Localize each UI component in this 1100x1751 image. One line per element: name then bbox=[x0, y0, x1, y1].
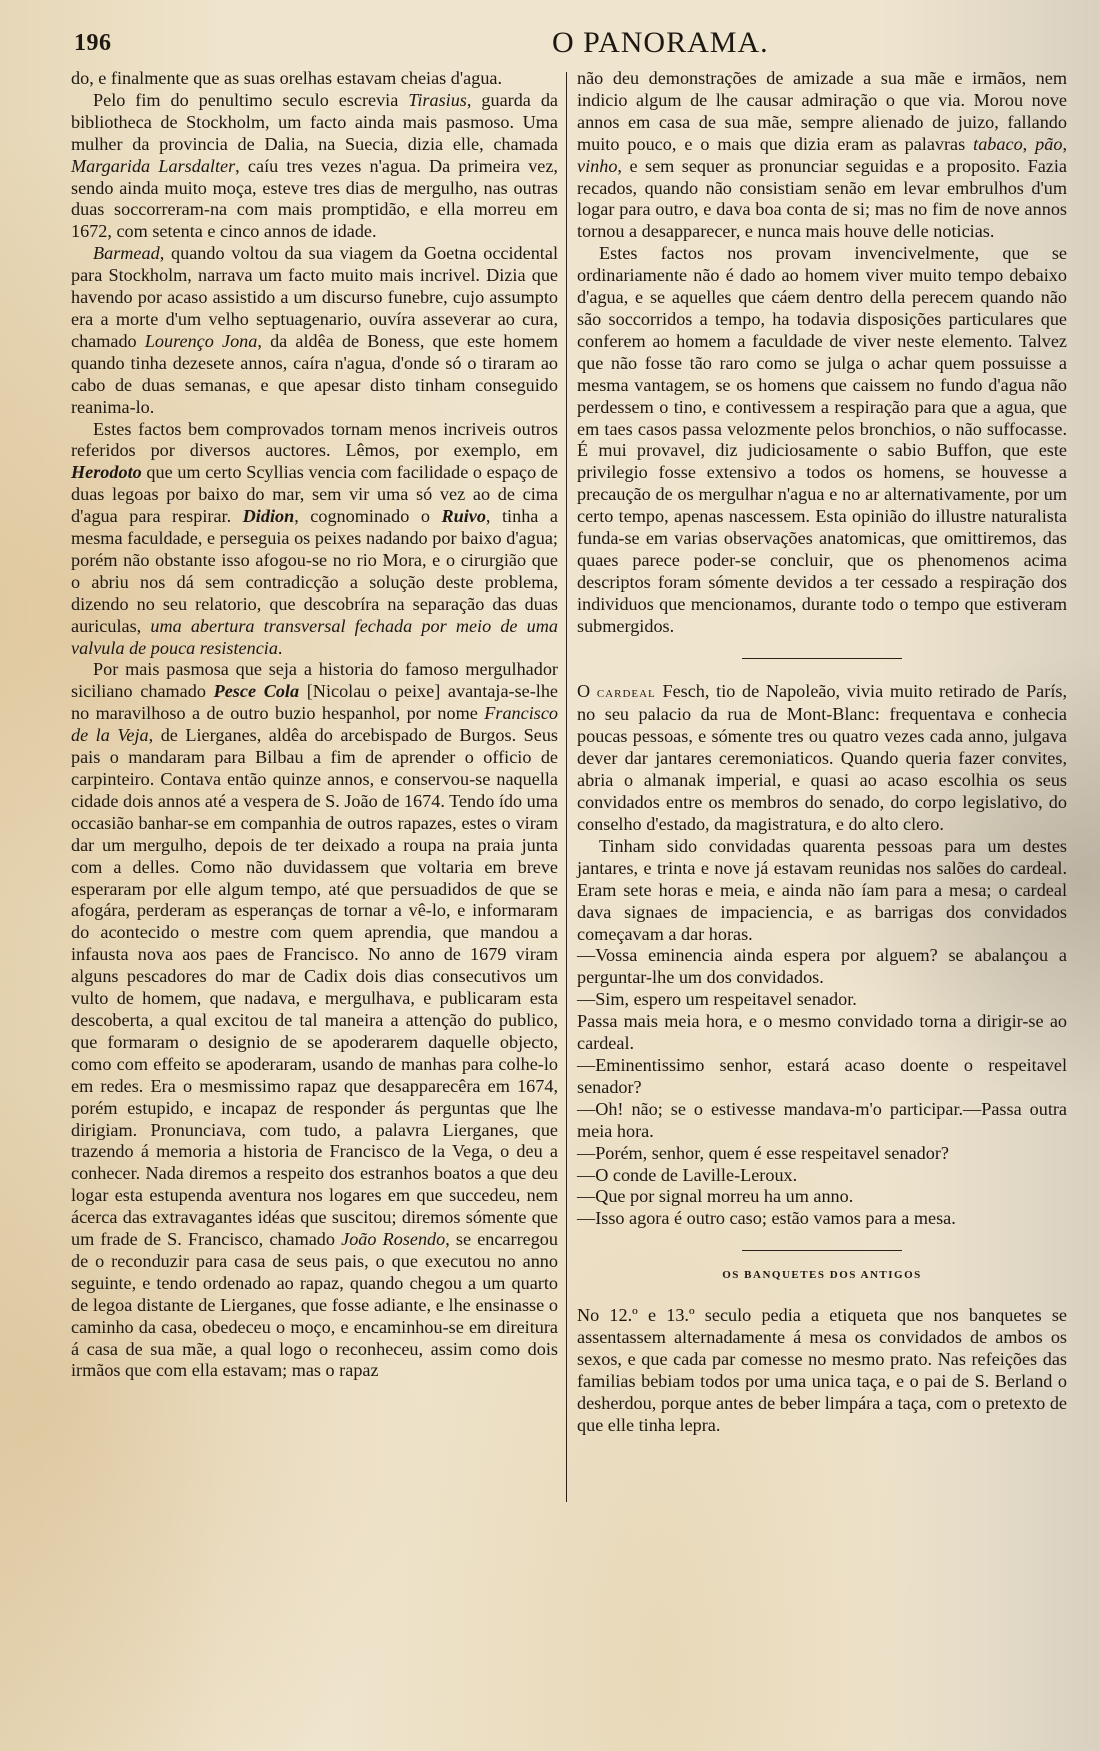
section-heading: OS BANQUETES DOS ANTIGOS bbox=[577, 1265, 1067, 1287]
page-header: 196 O PANORAMA. bbox=[72, 26, 684, 66]
dialogue-line: —Vossa eminencia ainda espera por alguem… bbox=[577, 945, 1067, 989]
dialogue-line: —Isso agora é outro caso; estão vamos pa… bbox=[577, 1208, 1067, 1230]
dialogue-line: —Porém, senhor, quem é esse respeitavel … bbox=[577, 1143, 1067, 1165]
paragraph: Pelo fim do penultimo seculo escrevia Ti… bbox=[71, 90, 558, 243]
paragraph: do, e finalmente que as suas orelhas est… bbox=[71, 68, 558, 90]
paragraph: Barmead, quando voltou da sua viagem da … bbox=[71, 243, 558, 418]
paragraph: Estes factos nos provam invencivelmente,… bbox=[577, 243, 1067, 637]
dialogue-line: —Oh! não; se o estivesse mandava-m'o par… bbox=[577, 1099, 1067, 1143]
left-column: do, e finalmente que as suas orelhas est… bbox=[71, 68, 558, 1382]
article-cardeal-fesch: O cardeal Fesch, tio de Napoleão, vivia … bbox=[577, 681, 1067, 836]
dialogue-line: —Sim, espero um respeitavel senador. bbox=[577, 989, 1067, 1011]
dialogue-line: —O conde de Laville-Leroux. bbox=[577, 1165, 1067, 1187]
paragraph: Tinham sido convidadas quarenta pessoas … bbox=[577, 836, 1067, 946]
right-column: não deu demonstrações de amizade a sua m… bbox=[577, 68, 1067, 1437]
publication-title: O PANORAMA. bbox=[72, 26, 684, 60]
paragraph: Por mais pasmosa que seja a historia do … bbox=[71, 659, 558, 1382]
paragraph: não deu demonstrações de amizade a sua m… bbox=[577, 68, 1067, 243]
paragraph: Estes factos bem comprovados tornam meno… bbox=[71, 419, 558, 660]
dialogue-line: —Que por signal morreu ha um anno. bbox=[577, 1186, 1067, 1208]
article-banquetes: No 12.º e 13.º seculo pedia a etiqueta q… bbox=[577, 1305, 1067, 1436]
column-divider bbox=[566, 72, 567, 1502]
dialogue-line: Passa mais meia hora, e o mesmo convidad… bbox=[577, 1011, 1067, 1055]
dialogue-line: —Eminentissimo senhor, estará acaso doen… bbox=[577, 1055, 1067, 1099]
section-separator bbox=[742, 658, 902, 659]
section-separator bbox=[742, 1250, 902, 1251]
